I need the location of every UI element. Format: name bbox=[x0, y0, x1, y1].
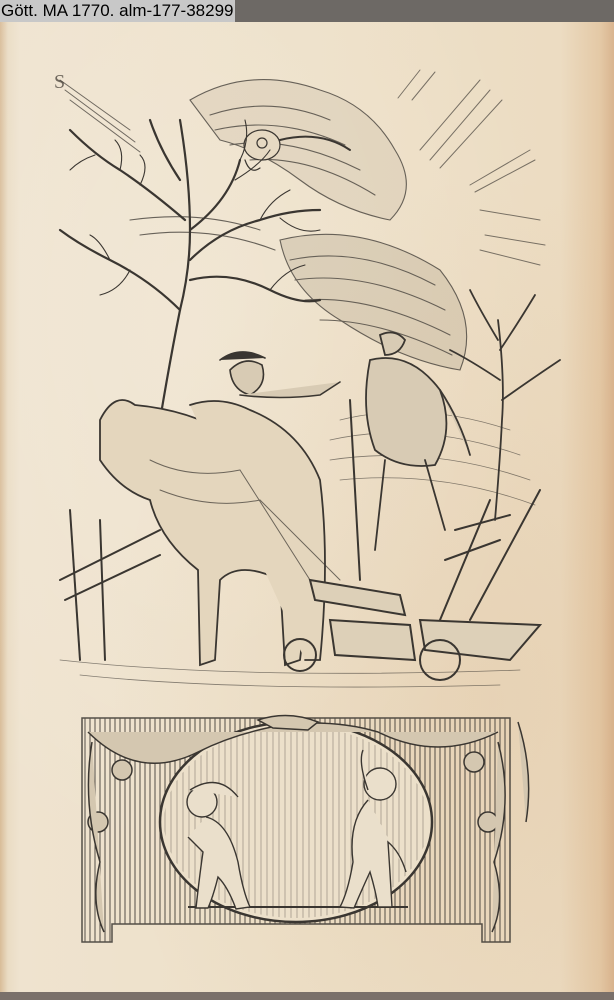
engraving-illustration: S bbox=[40, 60, 570, 710]
cartouche-illustration bbox=[78, 712, 538, 964]
putti-cartouche bbox=[78, 712, 538, 964]
catalog-label: Gött. MA 1770. alm-177-38299 bbox=[0, 0, 235, 22]
ploughing-scene-engraving: S bbox=[40, 60, 570, 710]
scan-background-bottom bbox=[0, 992, 614, 1000]
